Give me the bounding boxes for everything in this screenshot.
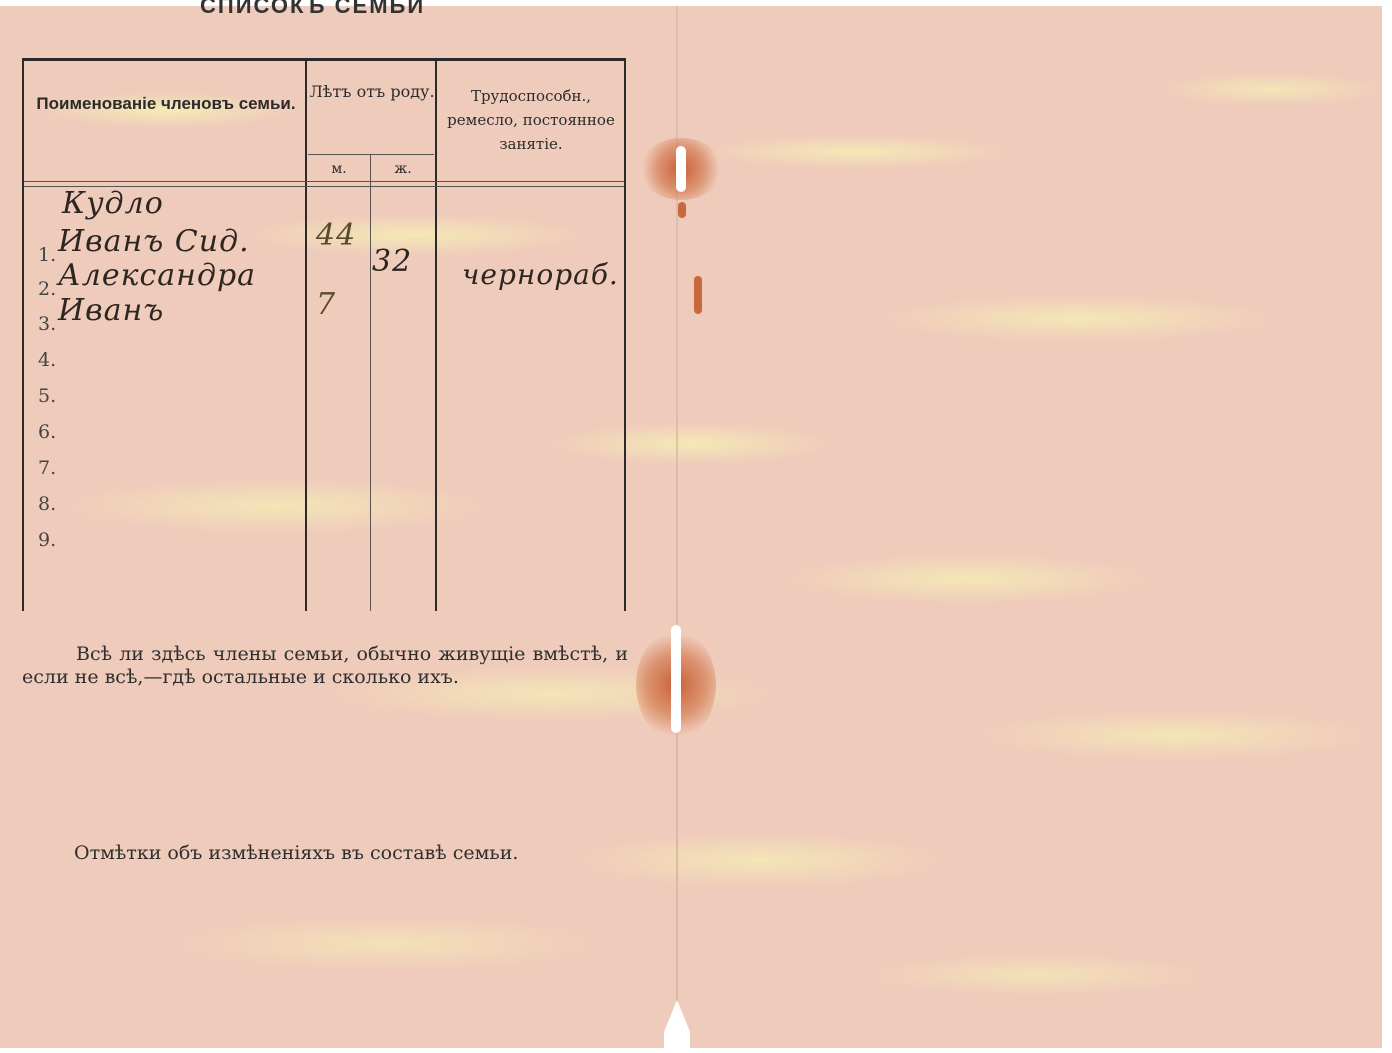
staple-hole-bottom — [671, 625, 681, 733]
column-divider-name — [305, 58, 307, 611]
header-age: Лѣтъ отъ роду. — [308, 80, 436, 104]
table-top-rule — [22, 58, 626, 61]
table-border-right — [624, 58, 626, 611]
member-name: Иванъ Сид. — [58, 224, 250, 259]
table-border-left — [22, 58, 24, 611]
female-age: 32 — [372, 244, 412, 279]
row-number: 4. — [38, 349, 56, 371]
column-divider-mf — [370, 154, 371, 611]
staple-hole-top — [676, 146, 686, 192]
row-number: 2. — [38, 278, 56, 300]
row-number: 5. — [38, 385, 56, 407]
row-number: 9. — [38, 529, 56, 551]
handwritten-surname: Кудло — [62, 186, 164, 221]
row-number: 1. — [38, 244, 56, 266]
row-number: 8. — [38, 493, 56, 515]
family-table: Поименованіе членовъ семьи. Лѣтъ отъ род… — [22, 58, 626, 611]
rust-spot — [678, 202, 686, 218]
header-age-male: м. — [308, 161, 370, 177]
member-name: Александра — [58, 258, 256, 293]
changes-heading: Отмѣтки объ измѣненіяхъ въ составѣ семьи… — [74, 842, 518, 864]
rust-spot — [694, 276, 702, 314]
column-divider-age — [435, 58, 437, 611]
row-number: 3. — [38, 313, 56, 335]
member-name: Иванъ — [58, 293, 164, 328]
row-number: 7. — [38, 457, 56, 479]
male-age: 44 — [316, 218, 356, 253]
male-age: 7 — [316, 287, 336, 322]
row-number: 6. — [38, 421, 56, 443]
header-name: Поименованіе членовъ семьи. — [26, 82, 306, 126]
question-text: Всѣ ли здѣсь члены семьи, обычно живущіе… — [22, 643, 628, 689]
page-title-cut-off: СПИСОКЪ СЕМЬИ — [200, 0, 450, 20]
header-occupation: Трудоспособн., ремесло, постоянное занят… — [438, 84, 624, 156]
occupation: чернораб. — [462, 258, 619, 291]
header-age-female: ж. — [372, 161, 434, 177]
age-subheader-rule — [308, 154, 434, 155]
